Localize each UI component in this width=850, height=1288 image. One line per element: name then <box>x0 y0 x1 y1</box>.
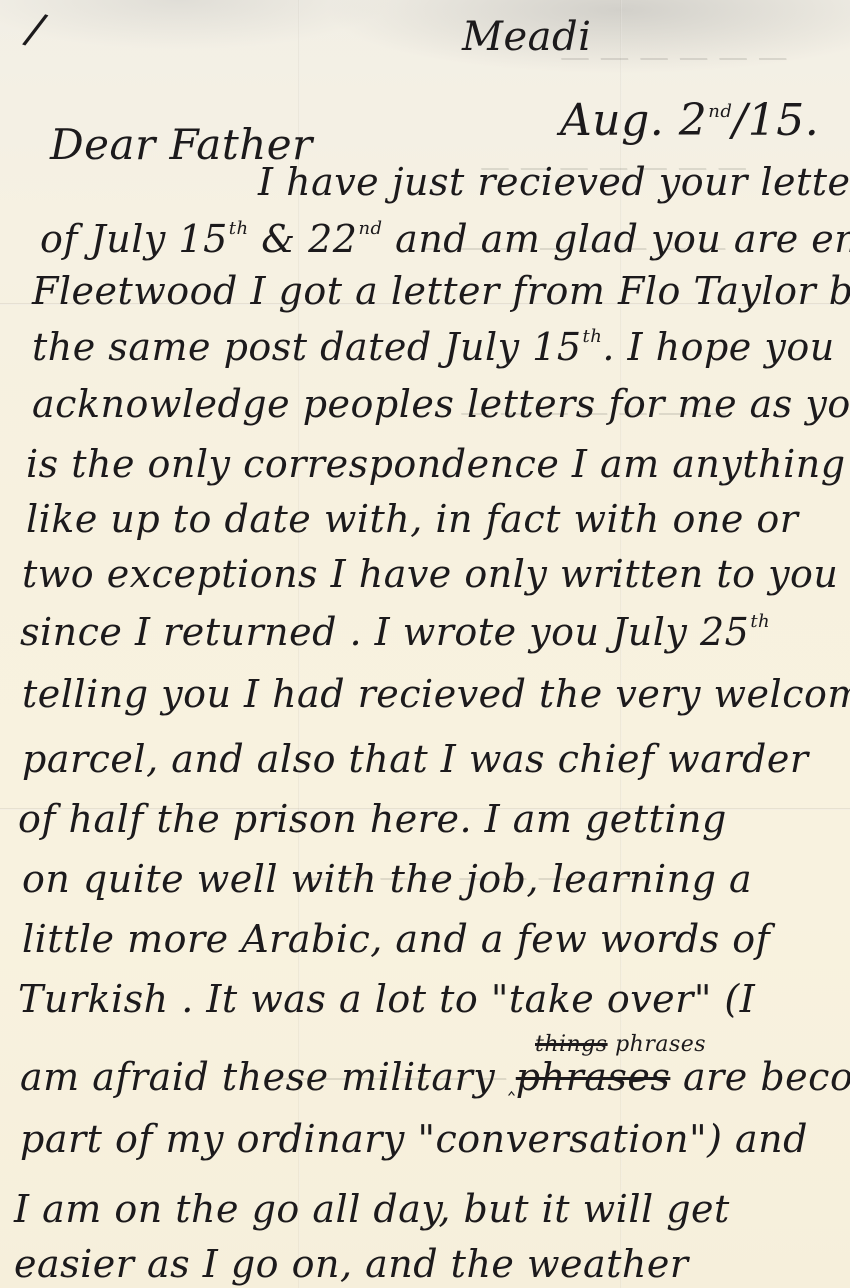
struck-word: phrases <box>516 1055 671 1099</box>
letter-line: the same post dated July 15th. I hope yo… <box>32 328 835 366</box>
line-text: the same post dated July 15 <box>32 325 582 369</box>
bleed-through-text: — — — — — — <box>560 40 788 75</box>
letter-page: — — — — — — — — — — — — — — — — — — — — … <box>0 0 850 1288</box>
date-day: 2 <box>679 95 708 146</box>
letter-line: of July 15th & 22nd and am glad you are … <box>40 220 850 258</box>
letter-line: part of my ordinary "conversation") and <box>20 1120 808 1158</box>
inserted-word: phrases <box>615 1032 706 1057</box>
ordinal-suffix: th <box>750 611 770 632</box>
letter-line: acknowledge peoples letters for me as yo… <box>32 385 850 423</box>
letter-place: Meadi <box>462 14 591 60</box>
letter-line: two exceptions I have only written to yo… <box>22 555 838 593</box>
line-text: are becoming <box>670 1055 850 1099</box>
letter-line: I am on the go all day, but it will get <box>14 1190 730 1228</box>
letter-line: little more Arabic, and a few words of <box>22 920 770 958</box>
letter-line: Turkish . It was a lot to "take over" (I <box>18 980 755 1018</box>
inserted-correction: things phrases <box>535 1032 706 1057</box>
ordinal-suffix: nd <box>358 218 382 239</box>
letter-line: telling you I had recieved the very welc… <box>22 675 850 713</box>
letter-line: on quite well with the job, learning a <box>22 860 752 898</box>
letter-line: Fleetwood I got a letter from Flo Taylor… <box>32 272 850 310</box>
letter-line: parcel, and also that I was chief warder <box>22 740 809 778</box>
letter-line: easier as I go on, and the weather <box>14 1245 689 1283</box>
date-month: Aug. <box>560 95 664 146</box>
ordinal-suffix: th <box>229 218 249 239</box>
line-text: . I hope you <box>602 325 834 369</box>
line-text: am afraid these military <box>20 1055 508 1099</box>
line-text: of July 15 <box>40 217 228 261</box>
letter-line: like up to date with, in fact with one o… <box>26 500 798 538</box>
letter-line: am afraid these military ‸phrases are be… <box>20 1058 850 1096</box>
line-text: & 22 <box>249 217 358 261</box>
date-day-suffix: nd <box>708 101 732 122</box>
letter-line: I have just recieved your letters <box>258 163 850 201</box>
letter-line: since I returned . I wrote you July 25th <box>20 613 770 651</box>
struck-word: things <box>535 1032 608 1057</box>
letter-line: of half the prison here. I am getting <box>18 800 727 838</box>
ordinal-suffix: th <box>583 326 603 347</box>
letter-line: is the only correspondence I am anything <box>26 445 846 483</box>
line-text: since I returned . I wrote you July 25 <box>20 610 749 654</box>
letter-date: Aug. 2nd/15. <box>560 95 819 146</box>
page-marker: / <box>20 3 52 56</box>
date-year: /15. <box>732 95 819 146</box>
insertion-caret: ‸ <box>508 1071 516 1096</box>
line-text: and am glad you are enjoying <box>383 217 850 261</box>
